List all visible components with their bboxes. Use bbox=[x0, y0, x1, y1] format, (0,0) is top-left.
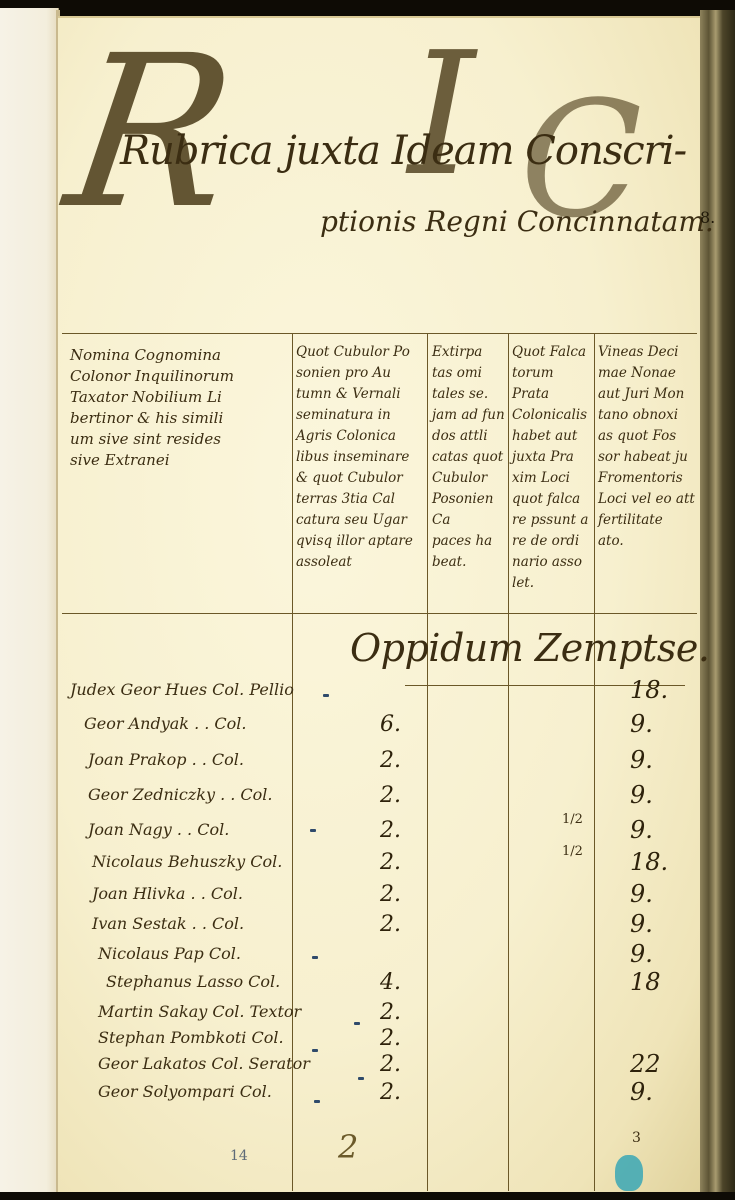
table-row: Stephanus Lasso Col. 4. 18 bbox=[62, 972, 698, 1002]
table-row: Judex Geor Hues Col. Pellio 18. bbox=[62, 680, 698, 710]
table-row: Nicolaus Behuszky Col. 2. 1/2 18. bbox=[62, 852, 698, 882]
row-name: Joan Prakop . . Col. bbox=[88, 750, 244, 769]
row-vineae: 22 bbox=[630, 1050, 661, 1078]
row-name: Joan Nagy . . Col. bbox=[88, 820, 229, 839]
row-prata: 1/2 bbox=[562, 814, 583, 825]
blue-mark bbox=[312, 1049, 318, 1052]
page-title-line-2: ptionis Regni Concinnatam. bbox=[320, 205, 714, 238]
row-name: Joan Hlivka . . Col. bbox=[92, 884, 243, 903]
row-name: Martin Sakay Col. Textor bbox=[98, 1002, 301, 1021]
blue-mark bbox=[310, 829, 316, 832]
row-vineae: 9. bbox=[630, 781, 653, 809]
row-name: Ivan Sestak . . Col. bbox=[92, 914, 244, 933]
row-name: Judex Geor Hues Col. Pellio bbox=[70, 680, 294, 699]
pencil-number: 14 bbox=[230, 1148, 248, 1164]
row-cubuli: 2. bbox=[380, 1080, 401, 1105]
table-row: Geor Zedniczky . . Col. 2. 9. bbox=[62, 785, 698, 815]
row-vineae: 9. bbox=[630, 940, 653, 968]
flyleaf-page bbox=[0, 8, 59, 1193]
table-row: Geor Solyompari Col. 2. 9. bbox=[62, 1082, 698, 1112]
column-header-cubuli: Quot Cubulor Po sonien pro Au tumn & Ver… bbox=[296, 342, 426, 573]
row-name: Geor Lakatos Col. Serator bbox=[98, 1054, 310, 1073]
row-name: Nicolaus Pap Col. bbox=[98, 944, 241, 963]
row-cubuli: 2. bbox=[380, 1026, 401, 1051]
row-vineae: 9. bbox=[630, 880, 653, 908]
page-title-line-1: Rubrica juxta Ideam Conscri- bbox=[120, 128, 686, 174]
row-vineae: 9. bbox=[630, 1078, 653, 1106]
column-total: 2 bbox=[338, 1128, 358, 1166]
row-cubuli: 2. bbox=[380, 1000, 401, 1025]
page-edges-book-block bbox=[700, 10, 735, 1195]
row-cubuli: 2. bbox=[380, 1052, 401, 1077]
blue-mark bbox=[323, 694, 329, 697]
row-cubuli: 4. bbox=[380, 970, 401, 995]
margin-page-number: 8. bbox=[700, 208, 715, 227]
blue-mark bbox=[314, 1100, 320, 1103]
row-vineae: 18. bbox=[630, 676, 668, 704]
table-row: Ivan Sestak . . Col. 2. 9. bbox=[62, 914, 698, 944]
row-name: Nicolaus Behuszky Col. bbox=[92, 852, 282, 871]
row-vineae: 18 bbox=[630, 968, 661, 996]
blue-ink-stain bbox=[615, 1155, 643, 1191]
header-bottom-rule bbox=[62, 613, 697, 614]
row-cubuli: 2. bbox=[380, 748, 401, 773]
row-name: Geor Andyak . . Col. bbox=[84, 714, 247, 733]
row-vineae: 9. bbox=[630, 816, 653, 844]
column-header-vineae: Vineas Deci mae Nonae aut Juri Mon tano … bbox=[598, 342, 698, 552]
row-vineae: 9. bbox=[630, 746, 653, 774]
row-vineae: 9. bbox=[630, 710, 653, 738]
corner-number: 3 bbox=[632, 1130, 641, 1146]
table-top-rule bbox=[62, 333, 697, 334]
row-cubuli: 6. bbox=[380, 712, 401, 737]
row-name: Geor Solyompari Col. bbox=[98, 1082, 272, 1101]
row-cubuli: 2. bbox=[380, 882, 401, 907]
decorative-initial-i: I bbox=[408, 30, 475, 200]
row-cubuli: 2. bbox=[380, 783, 401, 808]
blue-mark bbox=[354, 1022, 360, 1025]
table-row: Joan Nagy . . Col. 2. 1/2 9. bbox=[62, 820, 698, 850]
bottom-shadow bbox=[0, 1192, 735, 1200]
row-name: Stephan Pombkoti Col. bbox=[98, 1028, 284, 1047]
row-vineae: 18. bbox=[630, 848, 668, 876]
row-name: Stephanus Lasso Col. bbox=[106, 972, 280, 991]
row-vineae: 9. bbox=[630, 910, 653, 938]
row-name: Geor Zedniczky . . Col. bbox=[88, 785, 273, 804]
row-cubuli: 2. bbox=[380, 818, 401, 843]
table-row: Joan Prakop . . Col. 2. 9. bbox=[62, 750, 698, 780]
column-header-names: Nomina Cognomina Colonor Inquilinorum Ta… bbox=[70, 345, 290, 471]
blue-mark bbox=[312, 956, 318, 959]
row-prata: 1/2 bbox=[562, 846, 583, 857]
table-row: Geor Andyak . . Col. 6. 9. bbox=[62, 714, 698, 744]
row-cubuli: 2. bbox=[380, 850, 401, 875]
section-title-oppidum: Oppidum Zemptse. bbox=[350, 626, 709, 670]
column-header-extirpatae: Extirpa tas omi tales se. jam ad fun dos… bbox=[432, 342, 508, 573]
column-header-prata: Quot Falca torum Prata Colonicalis habet… bbox=[512, 342, 594, 594]
table-row: Joan Hlivka . . Col. 2. 9. bbox=[62, 884, 698, 914]
row-cubuli: 2. bbox=[380, 912, 401, 937]
blue-mark bbox=[358, 1077, 364, 1080]
